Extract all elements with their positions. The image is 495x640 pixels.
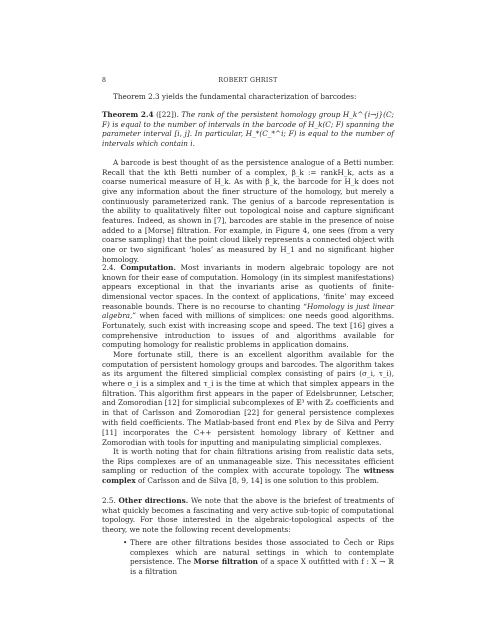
theorem-citation: ([22]). [156,110,179,119]
bullet-icon: • [123,538,127,548]
intro-line: Theorem 2.3 yields the fundamental chara… [102,92,394,102]
theorem-label: Theorem 2.4 [102,110,154,119]
section-2-4-paragraph-3: It is worth noting that for chain filtra… [102,447,394,486]
paragraph-text: It is worth noting that for chain filtra… [102,447,394,475]
section-2-5-paragraph-1: 2.5. Other directions. We note that the … [102,496,394,535]
section-2-4-paragraph-2: More fortunate still, there is an excell… [102,350,394,448]
plex-code: Plex [294,419,310,427]
page-header: 8 ROBERT GHRIST [102,77,394,87]
section-title: Other directions. [119,496,189,505]
section-text: when faced with millions of simplices: o… [102,311,394,349]
bullet-item: • There are other filtrations besides th… [130,538,394,577]
paragraph-barcode: A barcode is best thought of as the pers… [102,158,394,264]
section-2-4-paragraph-1: 2.4. Computation. Most invariants in mod… [102,263,394,350]
section-number: 2.4. [102,263,116,272]
running-title: ROBERT GHRIST [102,77,394,84]
theorem-2-4: Theorem 2.4 ([22]). The rank of the pers… [102,110,394,149]
paragraph-text: More fortunate still, there is an excell… [102,350,394,427]
morse-filtration-term: Morse filtration [194,557,258,566]
section-number: 2.5. [102,496,116,505]
paragraph-text: of Carlsson and de Silva [8, 9, 14] is o… [138,476,379,485]
section-title: Computation. [121,263,176,272]
